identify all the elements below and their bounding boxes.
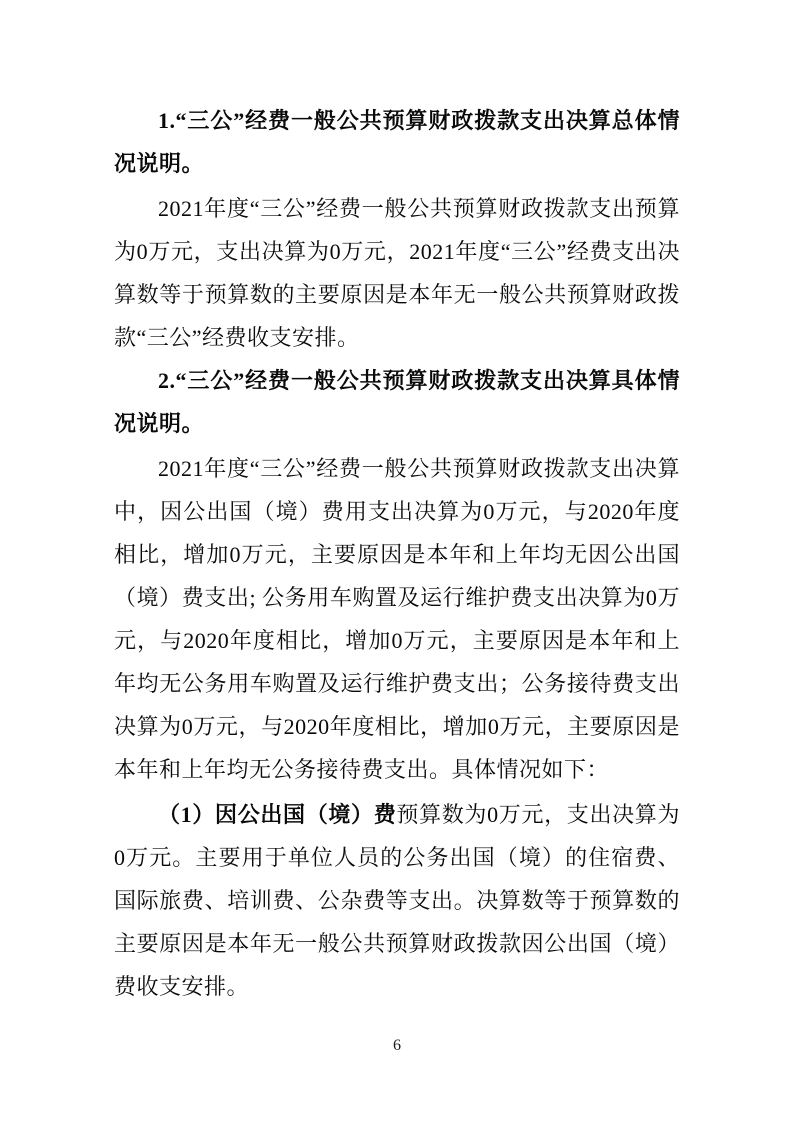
- page-number: 6: [0, 1036, 794, 1056]
- document-body: 1.“三公”经费一般公共预算财政拨款支出决算总体情况说明。 2021年度“三公”…: [114, 99, 680, 1008]
- item-1-label: （1）因公出国（境）费: [158, 802, 396, 827]
- section-2-paragraph: 2021年度“三公”经费一般公共预算财政拨款支出决算中，因公出国（境）费用支出决…: [114, 447, 680, 791]
- document-page: 1.“三公”经费一般公共预算财政拨款支出决算总体情况说明。 2021年度“三公”…: [0, 0, 794, 1123]
- section-1-heading: 1.“三公”经费一般公共预算财政拨款支出决算总体情况说明。: [114, 99, 680, 185]
- item-1-paragraph: （1）因公出国（境）费预算数为0万元，支出决算为0万元。主要用于单位人员的公务出…: [114, 793, 680, 1008]
- section-1-paragraph: 2021年度“三公”经费一般公共预算财政拨款支出预算为0万元，支出决算为0万元，…: [114, 187, 680, 359]
- item-1-text: 预算数为0万元，支出决算为0万元。主要用于单位人员的公务出国（境）的住宿费、国际…: [114, 802, 680, 999]
- section-2-heading: 2.“三公”经费一般公共预算财政拨款支出决算具体情况说明。: [114, 359, 680, 445]
